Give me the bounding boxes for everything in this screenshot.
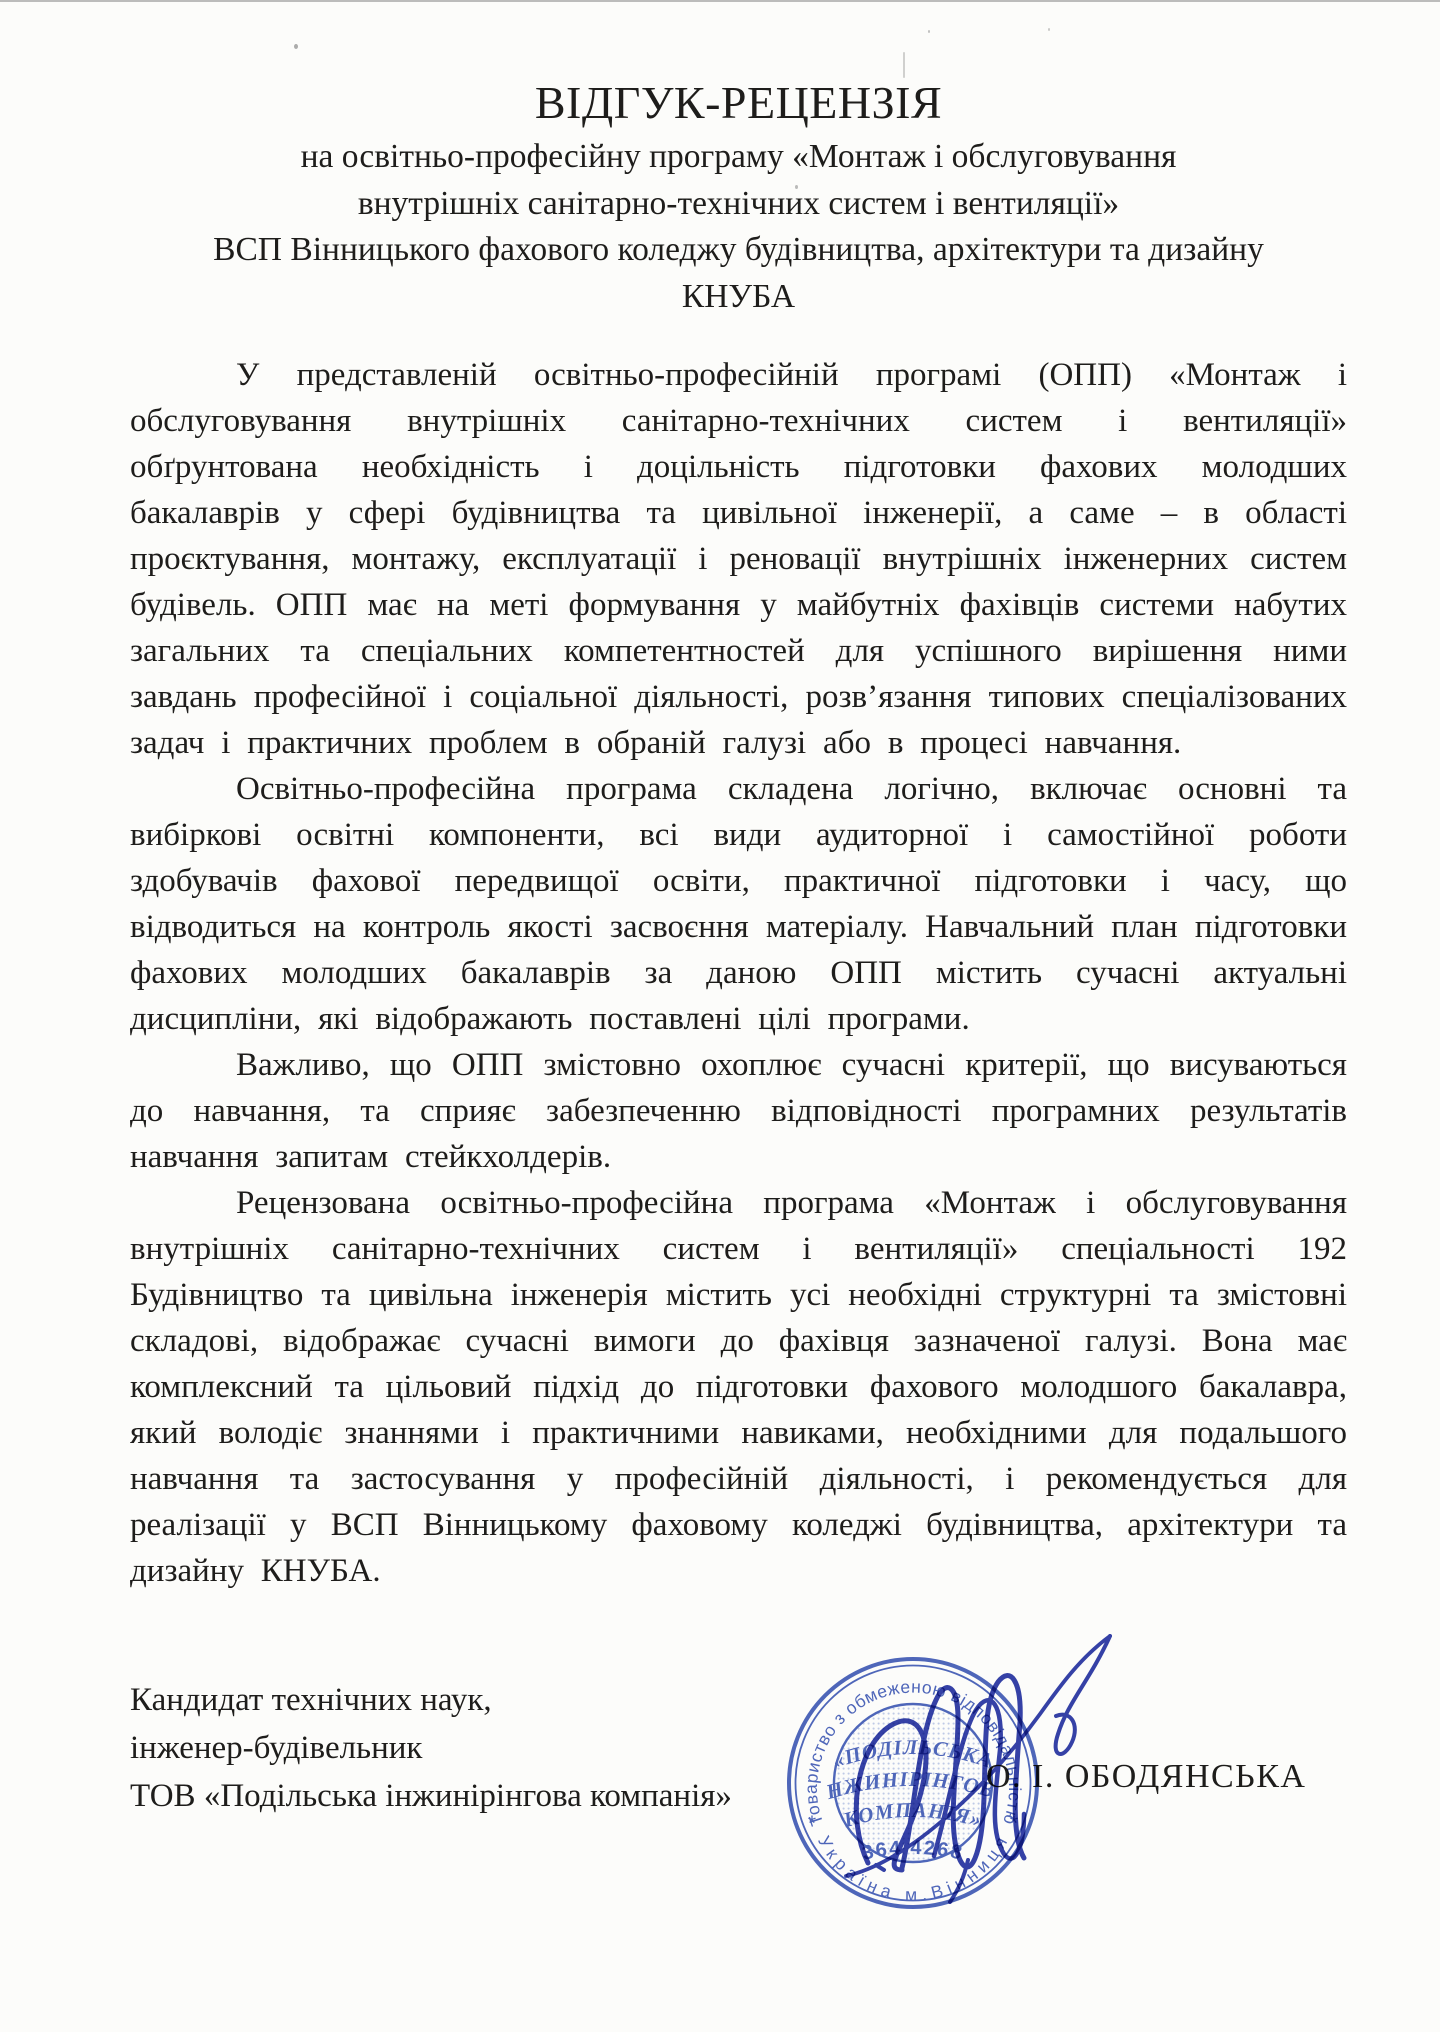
- document-body: У представленій освітньо-професійній про…: [130, 352, 1347, 1594]
- handwritten-signature: [818, 1618, 1138, 1918]
- signer-profession: інженер-будівельник: [130, 1724, 732, 1772]
- paragraph-4: Рецензована освітньо-професійна програма…: [130, 1180, 1347, 1594]
- signature-tail: [950, 1860, 968, 1902]
- scan-speck: [928, 30, 930, 33]
- signer-company: ТОВ «Подільська інжинірінгова компанія»: [130, 1772, 732, 1820]
- stamp-asterisk-left: *: [808, 1812, 816, 1835]
- paragraph-3: Важливо, що ОПП змістовно охоплює сучасн…: [130, 1042, 1347, 1180]
- signature-hook: [1056, 1636, 1110, 1754]
- document-page: ВІДГУК-РЕЦЕНЗІЯ на освітньо-професійну п…: [0, 0, 1440, 2032]
- paragraph-2: Освітньо-професійна програма складена ло…: [130, 766, 1347, 1042]
- document-title: ВІДГУК-РЕЦЕНЗІЯ: [130, 72, 1347, 134]
- scan-speck: [294, 44, 298, 49]
- title-subtitle-line: внутрішніх санітарно-технічних систем і …: [130, 181, 1347, 228]
- signer-degree: Кандидат технічних наук,: [130, 1676, 732, 1724]
- scan-speck: [1048, 28, 1050, 31]
- title-subtitle-line: на освітньо-професійну програму «Монтаж …: [130, 134, 1347, 181]
- title-subtitle-line: КНУБА: [130, 274, 1347, 321]
- title-subtitle-line: ВСП Вінницького фахового коледжу будівни…: [130, 227, 1347, 274]
- signature-dot: [876, 1865, 884, 1870]
- signoff-block: Кандидат технічних наук, інженер-будівел…: [130, 1676, 732, 1820]
- scan-edge-artifact: [0, 0, 1440, 2]
- document-title-block: ВІДГУК-РЕЦЕНЗІЯ на освітньо-професійну п…: [130, 72, 1347, 320]
- paragraph-1: У представленій освітньо-професійній про…: [130, 352, 1347, 766]
